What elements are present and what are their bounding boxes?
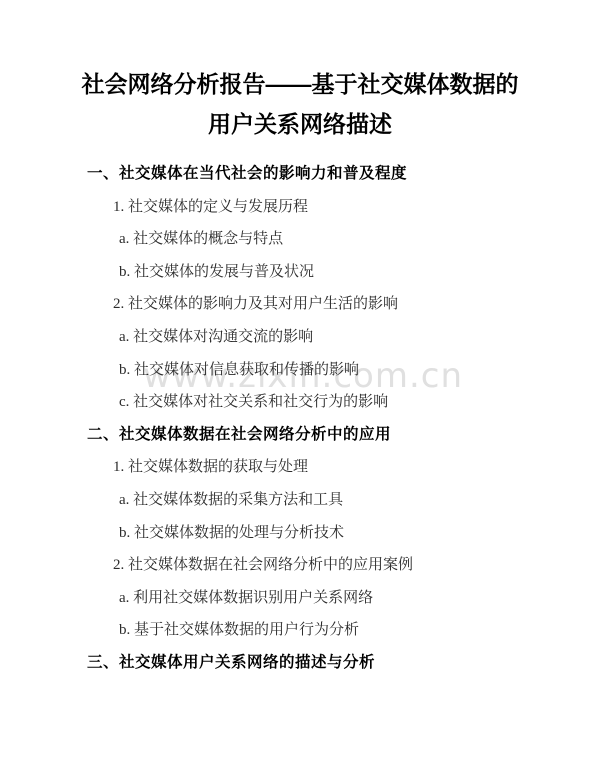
outline-entry: 2. 社交媒体数据在社会网络分析中的应用案例 <box>0 549 600 582</box>
outline-entry: a. 社交媒体的概念与特点 <box>0 223 600 256</box>
outline-entry: b. 社交媒体数据的处理与分析技术 <box>0 517 600 550</box>
outline-heading: 三、社交媒体用户关系网络的描述与分析 <box>0 647 600 680</box>
outline-entry: c. 社交媒体对社交关系和社交行为的影响 <box>0 386 600 419</box>
outline-entry: a. 社交媒体数据的采集方法和工具 <box>0 484 600 517</box>
outline-heading: 一、社交媒体在当代社会的影响力和普及程度 <box>0 158 600 191</box>
outline-entry: b. 基于社交媒体数据的用户行为分析 <box>0 614 600 647</box>
document-outline: 一、社交媒体在当代社会的影响力和普及程度1. 社交媒体的定义与发展历程a. 社交… <box>0 158 600 680</box>
outline-heading: 二、社交媒体数据在社会网络分析中的应用 <box>0 419 600 452</box>
outline-entry: a. 利用社交媒体数据识别用户关系网络 <box>0 582 600 615</box>
outline-entry: 1. 社交媒体的定义与发展历程 <box>0 191 600 224</box>
outline-entry: a. 社交媒体对沟通交流的影响 <box>0 321 600 354</box>
document-title: 社会网络分析报告——基于社交媒体数据的 用户关系网络描述 <box>0 0 600 144</box>
document-title-line-1: 社会网络分析报告——基于社交媒体数据的 <box>0 64 600 104</box>
outline-entry: 2. 社交媒体的影响力及其对用户生活的影响 <box>0 288 600 321</box>
document-page: www.zixin.com.cn 社会网络分析报告——基于社交媒体数据的 用户关… <box>0 0 600 776</box>
outline-entry: b. 社交媒体对信息获取和传播的影响 <box>0 354 600 387</box>
document-title-line-2: 用户关系网络描述 <box>0 104 600 144</box>
outline-entry: b. 社交媒体的发展与普及状况 <box>0 256 600 289</box>
outline-entry: 1. 社交媒体数据的获取与处理 <box>0 451 600 484</box>
